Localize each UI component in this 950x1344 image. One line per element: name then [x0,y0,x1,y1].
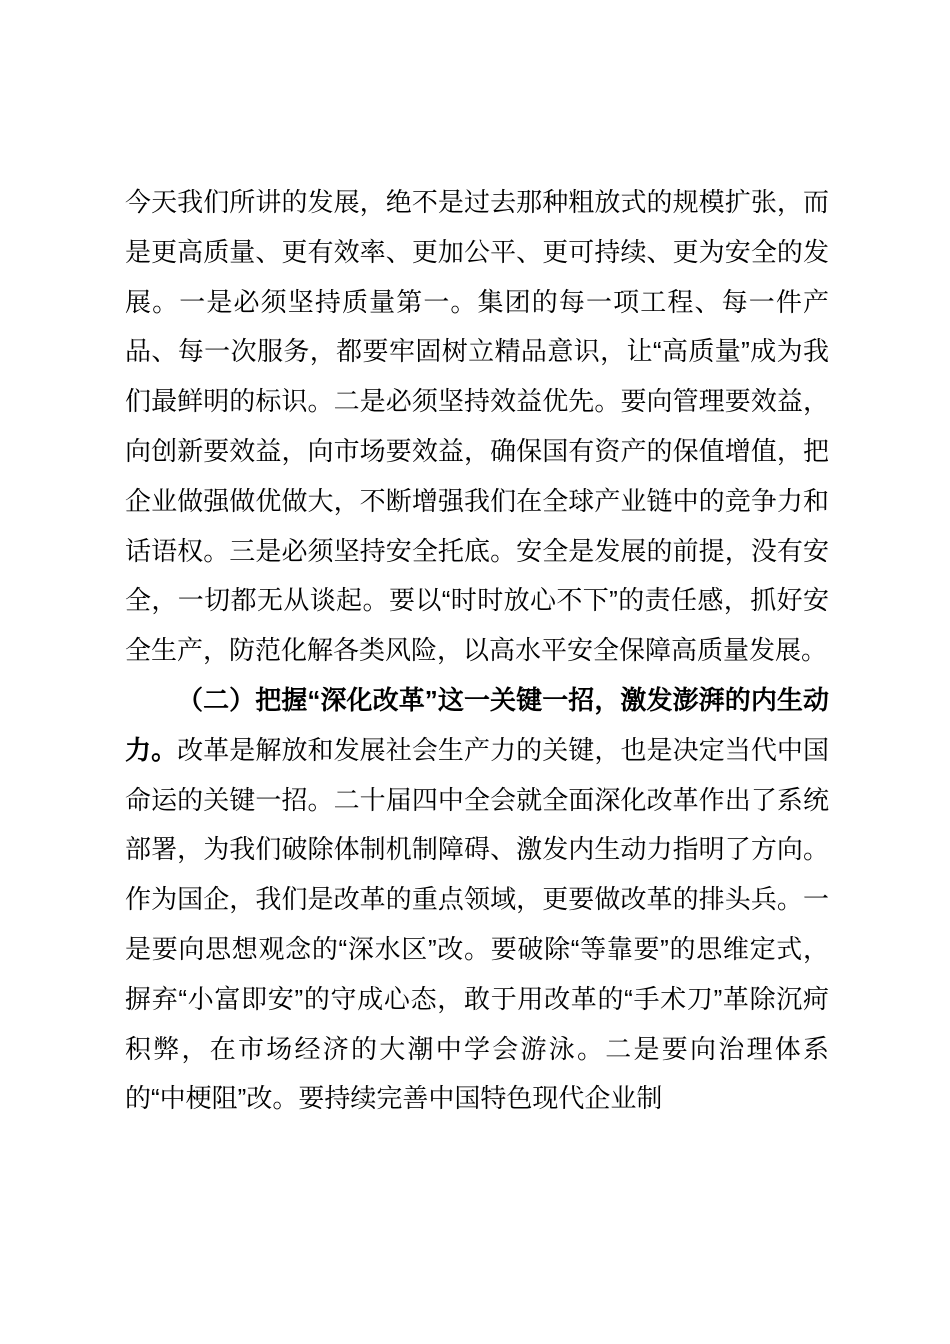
paragraph-development-text: 今天我们所讲的发展，绝不是过去那种粗放式的规模扩张，而是更高质量、更有效率、更加… [125,187,829,665]
paragraph-development: 今天我们所讲的发展，绝不是过去那种粗放式的规模扩张，而是更高质量、更有效率、更加… [125,178,829,676]
paragraph-reform-text: 改革是解放和发展社会生产力的关键，也是决定当代中国命运的关键一招。二十届四中全会… [125,735,829,1114]
document-page: 今天我们所讲的发展，绝不是过去那种粗放式的规模扩张，而是更高质量、更有效率、更加… [125,178,829,1124]
paragraph-reform: （二）把握“深化改革”这一关键一招，激发澎湃的内生动力。改革是解放和发展社会生产… [125,676,829,1124]
